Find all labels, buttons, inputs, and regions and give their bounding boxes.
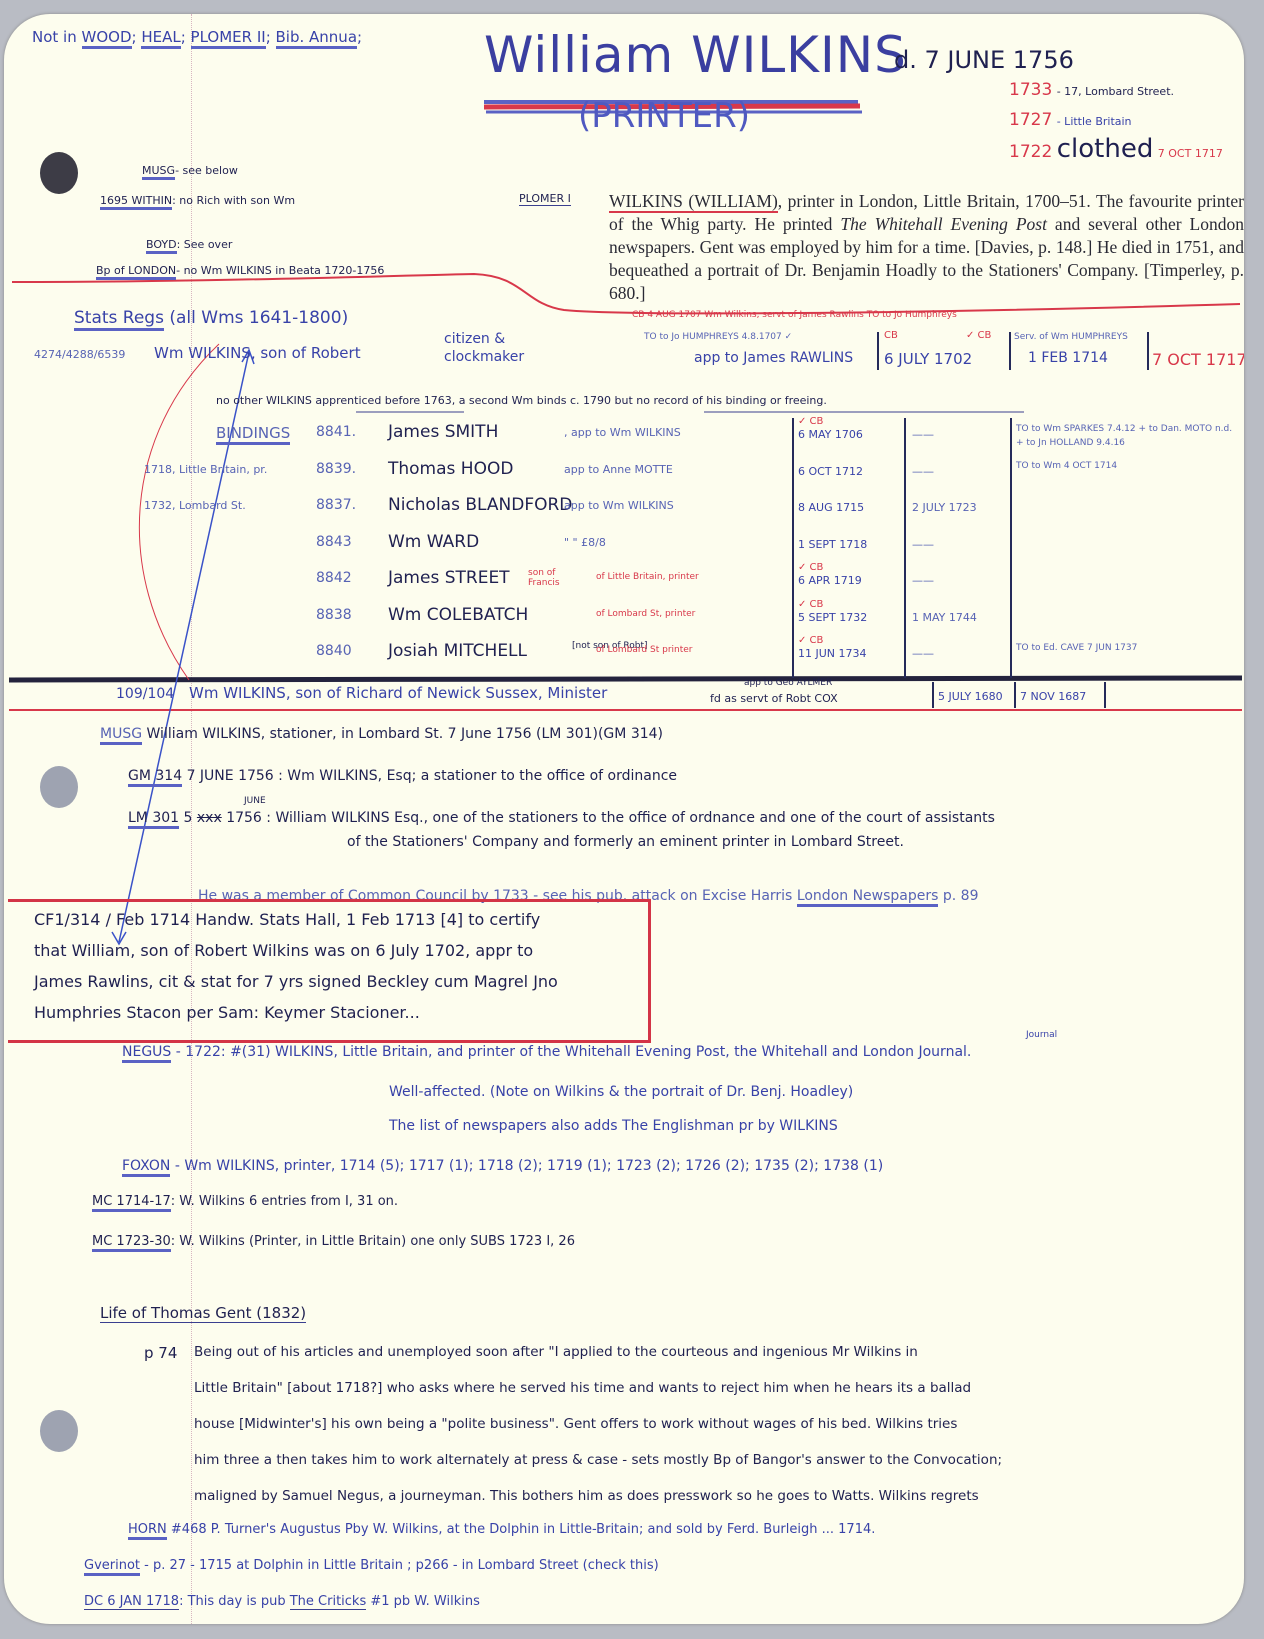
dc-entry: DC 6 JAN 1718: This day is pub The Criti…	[84, 1594, 480, 1609]
binding-number: 8842	[316, 570, 352, 586]
binding-number: 8841.	[316, 424, 356, 440]
source-wood: WOOD	[82, 28, 132, 49]
binding-number: 8839.	[316, 461, 356, 477]
binding-side-note: 1718, Little Britain, pr.	[144, 463, 267, 476]
binding-freedom: ——	[912, 574, 934, 587]
stats-entry: Wm WILKINS, son of Robert	[154, 344, 361, 362]
to-note: TO to Jo HUMPHREYS 4.8.1707 ✓	[644, 332, 792, 342]
binding-note: TO to Wm 4 OCT 1714	[1016, 459, 1241, 473]
col-divider	[1147, 332, 1149, 370]
gent-page: p 74	[144, 1344, 177, 1362]
gent-heading: Life of Thomas Gent (1832)	[100, 1304, 306, 1322]
page-title: William WILKINS	[484, 26, 907, 84]
binding-name: Nicholas BLANDFORD	[388, 495, 572, 515]
source-bib-annua: Bib. Annua	[276, 28, 358, 49]
father-occupation: citizen & clockmaker	[444, 330, 554, 366]
col-divider	[1104, 682, 1106, 708]
timeline-1722: 1722 clothed 7 OCT 1717	[1009, 134, 1223, 164]
cb-mark: ✓ CB	[798, 416, 823, 427]
binding-detail: " " £8/8	[564, 536, 606, 549]
not-in-line: Not in WOOD; HEAL; PLOMER II; Bib. Annua…	[32, 28, 362, 46]
richard-appr: app to Geo AYLMER	[744, 678, 832, 688]
source-plomer: PLOMER II	[191, 28, 266, 49]
note-card: Not in WOOD; HEAL; PLOMER II; Bib. Annua…	[4, 14, 1244, 1624]
binding-freedom: 2 JULY 1723	[912, 501, 977, 514]
binding-freedom: 1 MAY 1744	[912, 611, 977, 624]
binding-name: Josiah MITCHELL	[388, 641, 527, 661]
richard-date-2: 7 NOV 1687	[1020, 690, 1086, 703]
mc-1723-entry: MC 1723-30: W. Wilkins (Printer, in Litt…	[92, 1234, 575, 1249]
binding-date: 8 AUG 1715	[798, 501, 864, 514]
binding-date: 6 APR 1719	[798, 574, 862, 587]
col-divider	[877, 332, 879, 370]
stats-regs-heading: Stats Regs (all Wms 1641-1800)	[74, 308, 348, 328]
timeline-1733: 1733 - 17, Lombard Street.	[1009, 80, 1174, 100]
binding-detail: of Lombard St printer	[596, 645, 693, 655]
stats-ref: 4274/4288/6539	[34, 348, 125, 361]
timeline-1727: 1727 - Little Britain	[1009, 110, 1132, 130]
lm-month: JUNE	[244, 796, 266, 806]
cf-line: James Rawlins, cit & stat for 7 yrs sign…	[34, 972, 558, 991]
binding-number: 8837.	[316, 497, 356, 513]
occupation: (PRINTER)	[578, 96, 750, 136]
binding-freedom: ——	[912, 538, 934, 551]
lm-entry: LM 301 5 xxx 1756 : William WILKINS Esq.…	[128, 810, 995, 826]
binding-detail: , app to Wm WILKINS	[564, 426, 681, 439]
no-other-note: no other WILKINS apprenticed before 1763…	[216, 394, 827, 407]
gent-line: Being out of his articles and unemployed…	[194, 1344, 918, 1360]
binding-date: 5 SEPT 1732	[798, 611, 867, 624]
binding-date: 1 SEPT 1718	[798, 538, 867, 551]
binding-detail: app to Wm WILKINS	[564, 499, 674, 512]
source-musg: MUSG- see below	[142, 164, 238, 177]
binding-name: Wm WARD	[388, 532, 479, 552]
binding-date: 6 OCT 1712	[798, 465, 863, 478]
gent-line: maligned by Samuel Negus, a journeyman. …	[194, 1488, 979, 1504]
bindings-label: BINDINGS	[216, 424, 290, 442]
lm-entry-cont: of the Stationers' Company and formerly …	[347, 834, 904, 850]
source-bp-london: Bp of LONDON- no Wm WILKINS in Beata 172…	[96, 264, 384, 277]
binding-number: 8843	[316, 534, 352, 550]
binding-name: Wm COLEBATCH	[388, 605, 528, 625]
binding-note: TO to Ed. CAVE 7 JUN 1737	[1016, 641, 1241, 655]
negus-entry: NEGUS - 1722: #(31) WILKINS, Little Brit…	[122, 1044, 971, 1060]
negus-line-2: Well-affected. (Note on Wilkins & the po…	[389, 1084, 853, 1100]
binding-name: James STREET	[388, 568, 510, 588]
cb-mark: ✓ CB	[798, 562, 823, 573]
binding-son-of: son of Francis	[528, 568, 568, 588]
binding-detail: of Lombard St, printer	[596, 609, 695, 619]
binding-date: 11 JUN 1734	[798, 647, 867, 660]
cf-line: Humphries Stacon per Sam: Keymer Stacion…	[34, 1003, 420, 1022]
richard-ref: 109/104	[116, 686, 174, 702]
binding-date: 6 MAY 1706	[798, 428, 863, 441]
cb-mark: ✓ CB	[798, 599, 823, 610]
gent-line: Little Britain" [about 1718?] who asks w…	[194, 1380, 971, 1396]
binding-freedom: ——	[912, 647, 934, 660]
binding-number: 8838	[316, 607, 352, 623]
col-divider	[1009, 332, 1011, 370]
horn-entry: HORN #468 P. Turner's Augustus Pby W. Wi…	[128, 1522, 875, 1537]
cf-line: CF1/314 / Feb 1714 Handw. Stats Hall, 1 …	[34, 910, 540, 929]
freedom-date: 1 FEB 1714	[1028, 350, 1108, 366]
death-date: d. 7 JUNE 1756	[894, 46, 1074, 74]
binding-number: 8840	[316, 643, 352, 659]
binding-detail: app to Anne MOTTE	[564, 463, 673, 476]
binding-name: James SMITH	[388, 422, 498, 442]
cf-line: that William, son of Robert Wilkins was …	[34, 941, 533, 960]
richard-appr-2: fd as servt of Robt COX	[710, 692, 838, 705]
source-1695: 1695 WITHIN: no Rich with son Wm	[100, 194, 295, 207]
plomer-label: PLOMER I	[519, 192, 571, 205]
source-boyd: BOYD: See over	[146, 238, 232, 251]
binding-name: Thomas HOOD	[388, 459, 513, 479]
stats-appr: app to James RAWLINS	[694, 350, 853, 366]
plomer-entry: WILKINS (WILLIAM), printer in London, Li…	[609, 190, 1244, 305]
cb-mark: CB	[884, 330, 898, 341]
gm-entry: GM 314 7 JUNE 1756 : Wm WILKINS, Esq; a …	[128, 768, 677, 784]
richard-date-1: 5 JULY 1680	[938, 690, 1003, 703]
binding-side-note: 1732, Lombard St.	[144, 499, 246, 512]
musg-entry: MUSG William WILKINS, stationer, in Lomb…	[100, 726, 663, 742]
col-divider	[904, 418, 906, 678]
cb-note: CB 4 AUG 1707 Wm Wilkins, servt of James…	[632, 310, 957, 320]
col-divider	[932, 682, 934, 708]
gent-line: him three a then takes him to work alter…	[194, 1452, 1002, 1468]
serv-note: Serv. of Wm HUMPHREYS	[1014, 332, 1128, 342]
gverinot-entry: Gverinot - p. 27 - 1715 at Dolphin in Li…	[84, 1558, 659, 1573]
col-divider	[1010, 418, 1012, 678]
negus-over: Journal	[1026, 1030, 1057, 1040]
negus-line-3: The list of newspapers also adds The Eng…	[389, 1118, 838, 1134]
binding-freedom: ——	[912, 465, 934, 478]
col-divider	[1014, 682, 1016, 708]
clothed-date: 7 OCT 1717	[1152, 350, 1244, 369]
not-in-prefix: Not in	[32, 28, 77, 46]
richard-entry: Wm WILKINS, son of Richard of Newick Sus…	[189, 684, 607, 702]
mc-1714-entry: MC 1714-17: W. Wilkins 6 entries from I,…	[92, 1194, 398, 1209]
col-divider	[792, 418, 794, 678]
source-heal: HEAL	[141, 28, 180, 49]
cb-mark: ✓ CB	[966, 330, 991, 341]
binding-freedom: ——	[912, 428, 934, 441]
appr-date: 6 JULY 1702	[884, 350, 972, 368]
binding-detail: of Little Britain, printer	[596, 572, 699, 582]
gent-line: house [Midwinter's] his own being a "pol…	[194, 1416, 957, 1432]
binding-note: TO to Wm SPARKES 7.4.12 + to Dan. MOTO n…	[1016, 422, 1241, 450]
plomer-head: WILKINS (WILLIAM)	[609, 191, 778, 213]
foxon-entry: FOXON - Wm WILKINS, printer, 1714 (5); 1…	[122, 1158, 883, 1174]
cb-mark: ✓ CB	[798, 635, 823, 646]
